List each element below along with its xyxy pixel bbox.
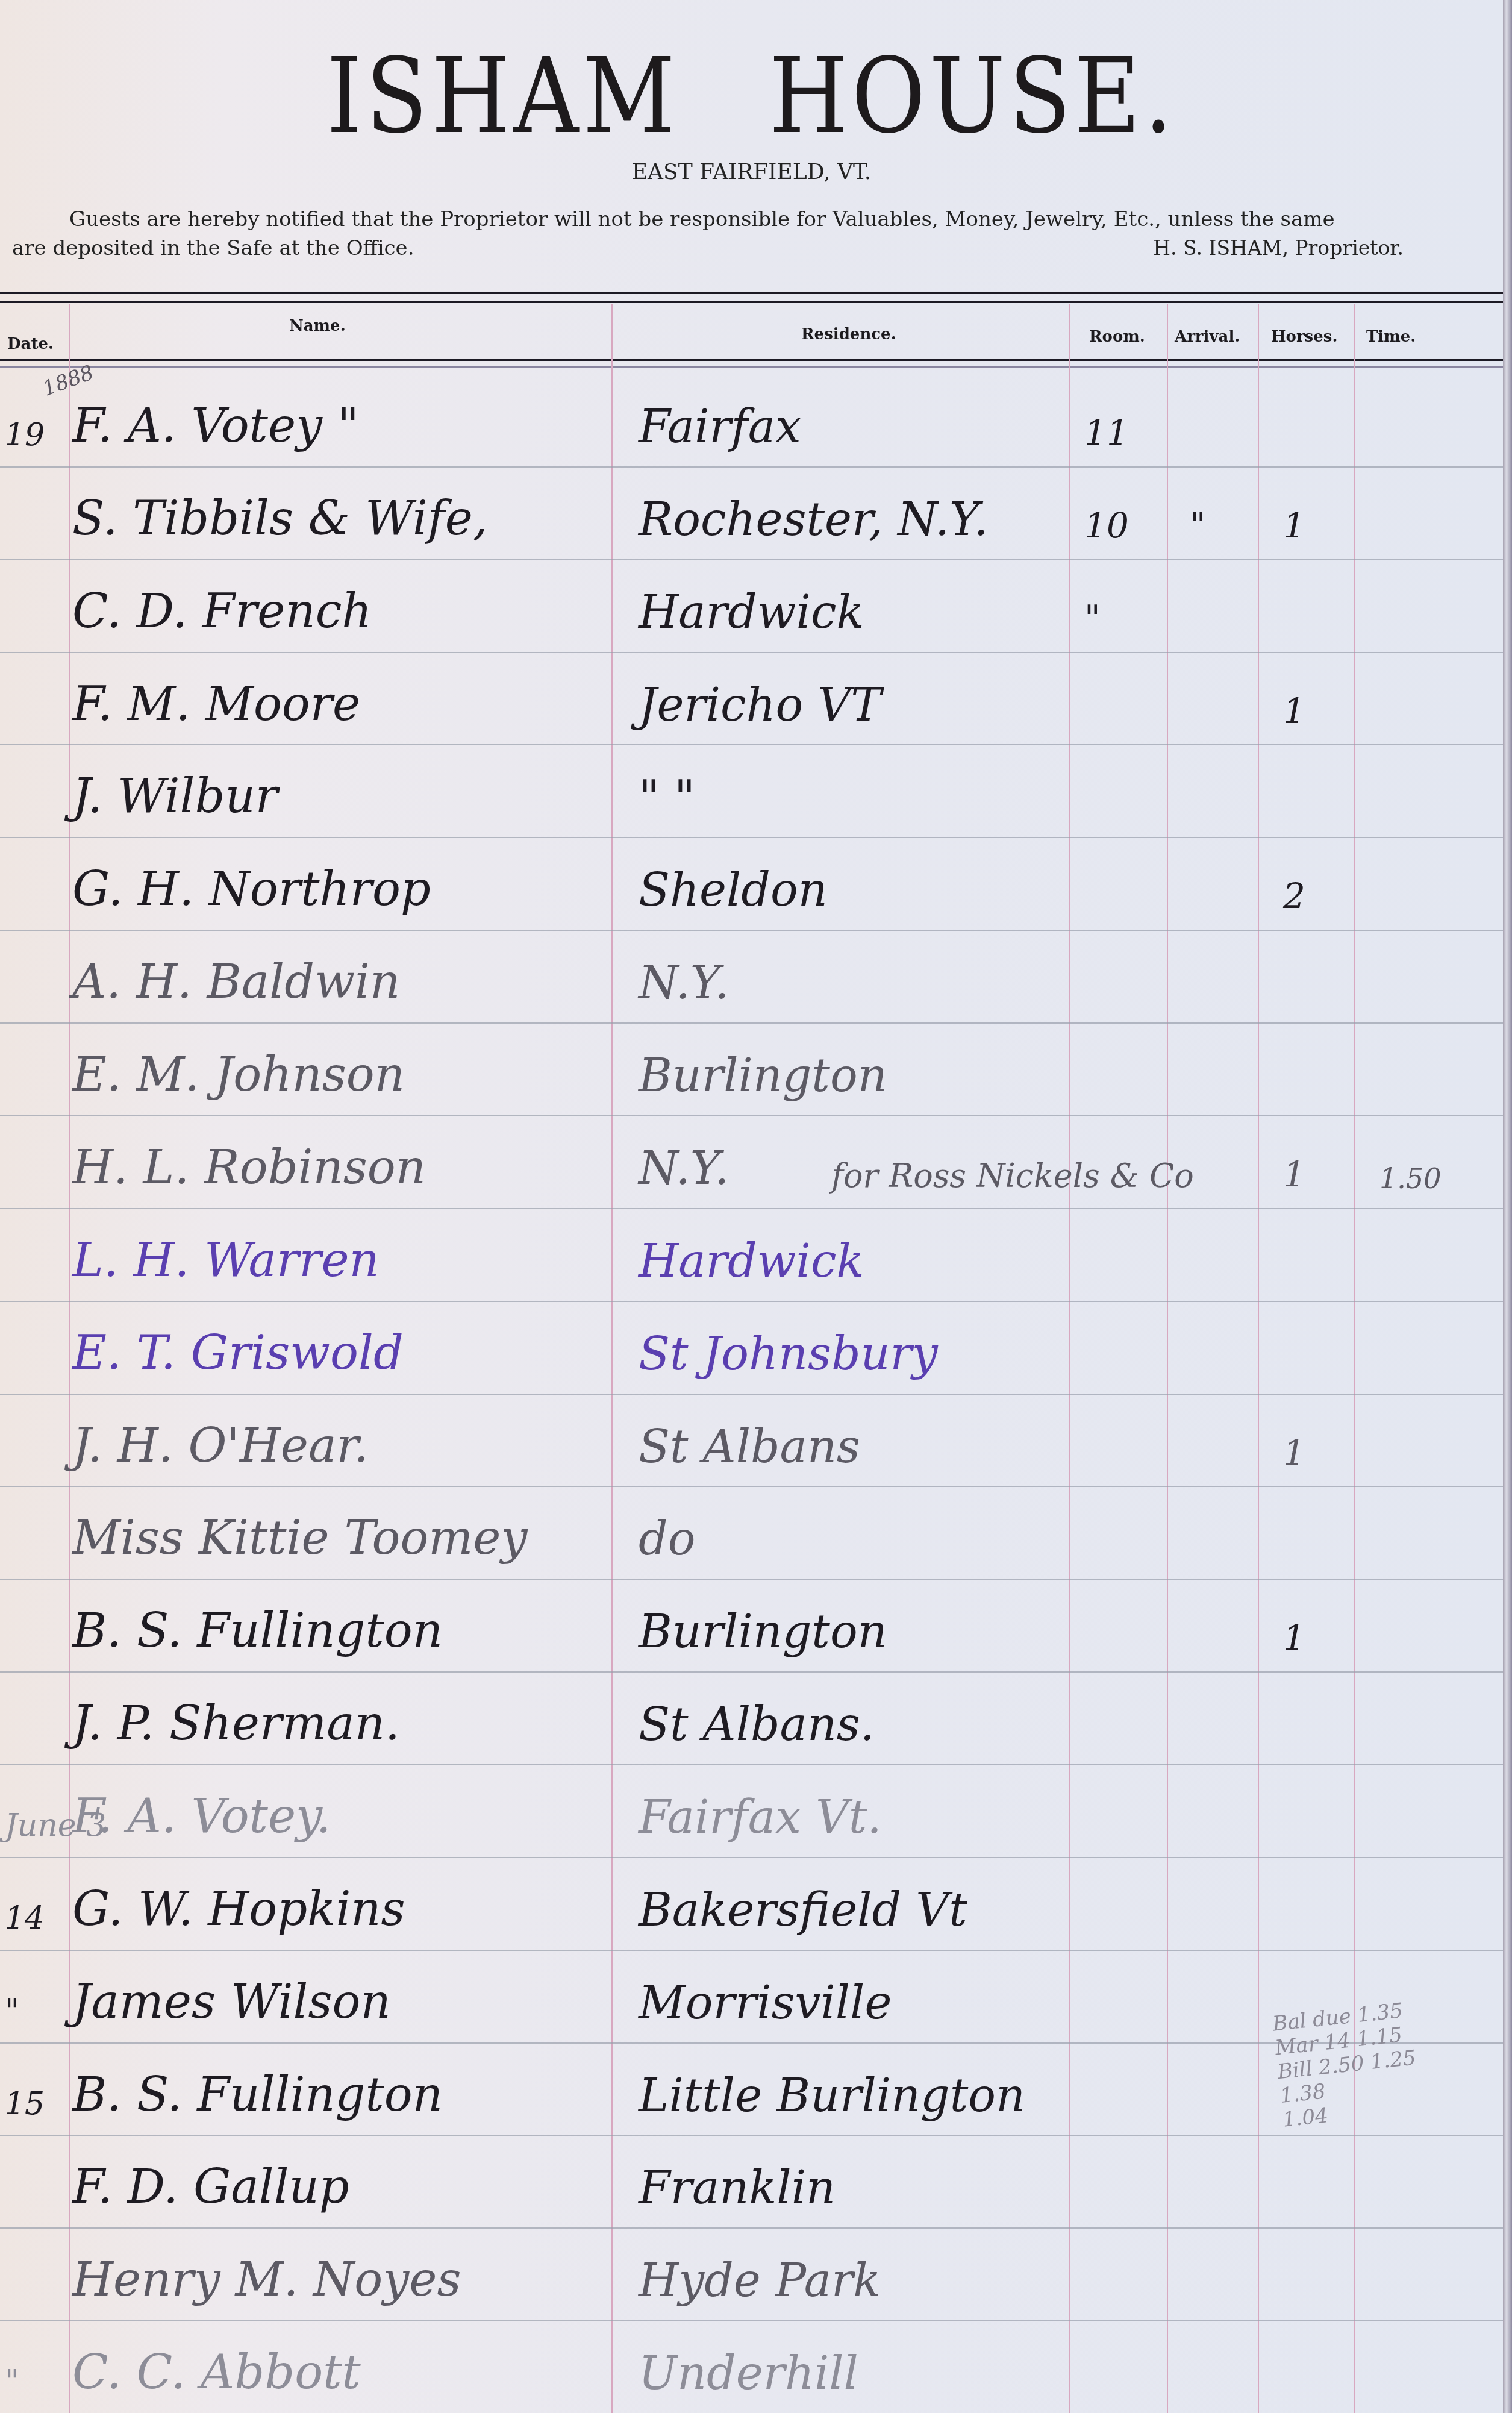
entry-date: 15 — [5, 2086, 68, 2122]
table-row: E. M. JohnsonBurlington — [0, 1022, 1503, 1113]
guest-name: C. C. Abbott — [72, 2346, 361, 2400]
column-header-room: Room. — [1089, 328, 1145, 346]
guest-residence: Bakersfield Vt — [639, 1883, 967, 1936]
guest-name: F. D. Gallup — [72, 2160, 349, 2214]
room-number: " — [1084, 598, 1101, 639]
horses-count: 1 — [1283, 505, 1305, 546]
guest-name: J. Wilbur — [72, 769, 278, 824]
guest-name: F. A. Votey. — [72, 1789, 331, 1844]
guest-residence: Hardwick — [639, 1234, 864, 1288]
guest-residence: Fairfax Vt. — [639, 1790, 882, 1844]
liability-notice: Guests are hereby notified that the Prop… — [12, 205, 1482, 263]
guest-name: James Wilson — [72, 1975, 391, 2029]
table-row: "C. C. AbbottUnderhill — [0, 2320, 1503, 2411]
guest-name: F. A. Votey " — [72, 399, 359, 453]
margin-calculation: Bal due 1.35 Mar 14 1.15 Bill 2.50 1.25 … — [1272, 1989, 1503, 2132]
entry-date: 14 — [5, 1900, 68, 1936]
table-row: F. M. MooreJericho VT1 — [0, 652, 1503, 742]
table-row: E. T. GriswoldSt Johnsbury — [0, 1301, 1503, 1391]
column-header-residence: Residence. — [801, 325, 896, 343]
guest-residence: Hyde Park — [639, 2253, 881, 2307]
guest-residence: St Albans. — [639, 1697, 875, 1751]
guest-residence: Little Burlington — [639, 2068, 1025, 2122]
header-rule-top — [0, 292, 1503, 294]
column-header-date: Date. — [7, 335, 54, 353]
guest-name: Henry M. Noyes — [72, 2253, 461, 2307]
arrival-value: " — [1190, 505, 1206, 546]
table-row: Miss Kittie Toomeydo — [0, 1486, 1503, 1576]
column-header-name: Name. — [289, 317, 346, 335]
entry-date: " — [5, 2364, 68, 2400]
guest-name: Miss Kittie Toomey — [72, 1511, 528, 1565]
table-row: J. Wilbur" " — [0, 744, 1503, 834]
guest-residence: Rochester, N.Y. — [639, 492, 989, 546]
time-value: 1.50 — [1379, 1162, 1441, 1195]
guest-residence: Franklin — [639, 2161, 836, 2214]
horses-count: 1 — [1283, 1432, 1305, 1473]
guest-name: A. H. Baldwin — [72, 955, 400, 1009]
table-row: H. L. RobinsonN.Y.11.50for Ross Nickels … — [0, 1115, 1503, 1206]
room-number: 10 — [1084, 505, 1129, 546]
title-word-isham: ISHAM — [326, 36, 679, 157]
column-header-time: Time. — [1366, 328, 1416, 346]
page-edge — [1503, 0, 1512, 2413]
guest-residence: St Albans — [639, 1419, 860, 1473]
guest-name: J. P. Sherman. — [72, 1697, 400, 1751]
table-row: Henry M. NoyesHyde Park — [0, 2227, 1503, 2318]
guest-name: B. S. Fullington — [72, 2068, 443, 2122]
guest-name: B. S. Fullington — [72, 1604, 443, 1658]
entry-date: June 3 — [5, 1807, 68, 1844]
proprietor-signature: H. S. ISHAM, Proprietor. — [1153, 234, 1482, 263]
table-row: C. D. FrenchHardwick" — [0, 559, 1503, 649]
horses-count: 2 — [1283, 875, 1305, 916]
guest-residence: N.Y. — [639, 956, 729, 1009]
guest-name: G. H. Northrop — [72, 862, 431, 916]
hotel-title: ISHAMHOUSE. — [0, 36, 1503, 157]
entry-note: for Ross Nickels & Co — [831, 1157, 1194, 1195]
guest-name: C. D. French — [72, 584, 372, 639]
hotel-location: EAST FAIRFIELD, VT. — [0, 160, 1503, 184]
entry-date: 19 — [5, 417, 68, 453]
register-page: ISHAMHOUSE. EAST FAIRFIELD, VT. Guests a… — [0, 0, 1503, 2413]
guest-name: L. H. Warren — [72, 1233, 380, 1288]
guest-residence: St Johnsbury — [639, 1327, 938, 1380]
room-number: 11 — [1084, 412, 1129, 453]
horses-count: 1 — [1283, 690, 1305, 731]
guest-residence: Morrisville — [639, 1976, 892, 2029]
guest-residence: Fairfax — [639, 399, 801, 453]
table-row: G. H. NorthropSheldon2 — [0, 837, 1503, 927]
guest-residence: Burlington — [639, 1048, 887, 1102]
guest-name: F. M. Moore — [72, 677, 360, 731]
guest-residence: Hardwick — [639, 585, 864, 639]
table-row: F. D. GallupFranklin — [0, 2135, 1503, 2225]
guest-residence: do — [639, 1512, 695, 1565]
notice-line-1: Guests are hereby notified that the Prop… — [12, 205, 1482, 234]
entry-date: " — [5, 1993, 68, 2029]
guest-name: H. L. Robinson — [72, 1141, 426, 1195]
guest-residence: Sheldon — [639, 863, 828, 916]
table-row: S. Tibbils & Wife,Rochester, N.Y.10"1 — [0, 466, 1503, 557]
table-row: 19F. A. Votey "Fairfax11 — [0, 374, 1503, 464]
guest-name: S. Tibbils & Wife, — [72, 492, 488, 546]
table-row: 14G. W. HopkinsBakersfield Vt — [0, 1857, 1503, 1947]
horses-count: 1 — [1283, 1617, 1305, 1658]
table-row: B. S. FullingtonBurlington1 — [0, 1579, 1503, 1669]
guest-name: E. M. Johnson — [72, 1048, 405, 1102]
table-row: A. H. BaldwinN.Y. — [0, 930, 1503, 1020]
column-header-horses: Horses. — [1271, 328, 1337, 346]
column-header-arrival: Arrival. — [1175, 328, 1240, 346]
horses-count: 1 — [1283, 1154, 1305, 1195]
guest-residence: N.Y. — [639, 1141, 729, 1195]
guest-name: J. H. O'Hear. — [72, 1419, 369, 1473]
notice-line-2: are deposited in the Safe at the Office. — [12, 234, 414, 263]
guest-residence: Jericho VT — [639, 678, 881, 731]
header-rule-bottom-2 — [0, 366, 1503, 368]
guest-name: E. T. Griswold — [72, 1326, 404, 1380]
header-rule-bottom — [0, 359, 1503, 361]
guest-residence: Underhill — [639, 2346, 858, 2400]
guest-name: G. W. Hopkins — [72, 1882, 405, 1936]
guest-residence: Burlington — [639, 1604, 887, 1658]
table-row: L. H. WarrenHardwick — [0, 1208, 1503, 1298]
header-rule-top-2 — [0, 301, 1503, 303]
table-row: June 3F. A. Votey.Fairfax Vt. — [0, 1764, 1503, 1854]
title-word-house: HOUSE. — [769, 36, 1176, 157]
table-row: J. H. O'Hear.St Albans1 — [0, 1394, 1503, 1484]
guest-residence: " " — [639, 770, 695, 824]
table-row: J. P. Sherman.St Albans. — [0, 1671, 1503, 1762]
